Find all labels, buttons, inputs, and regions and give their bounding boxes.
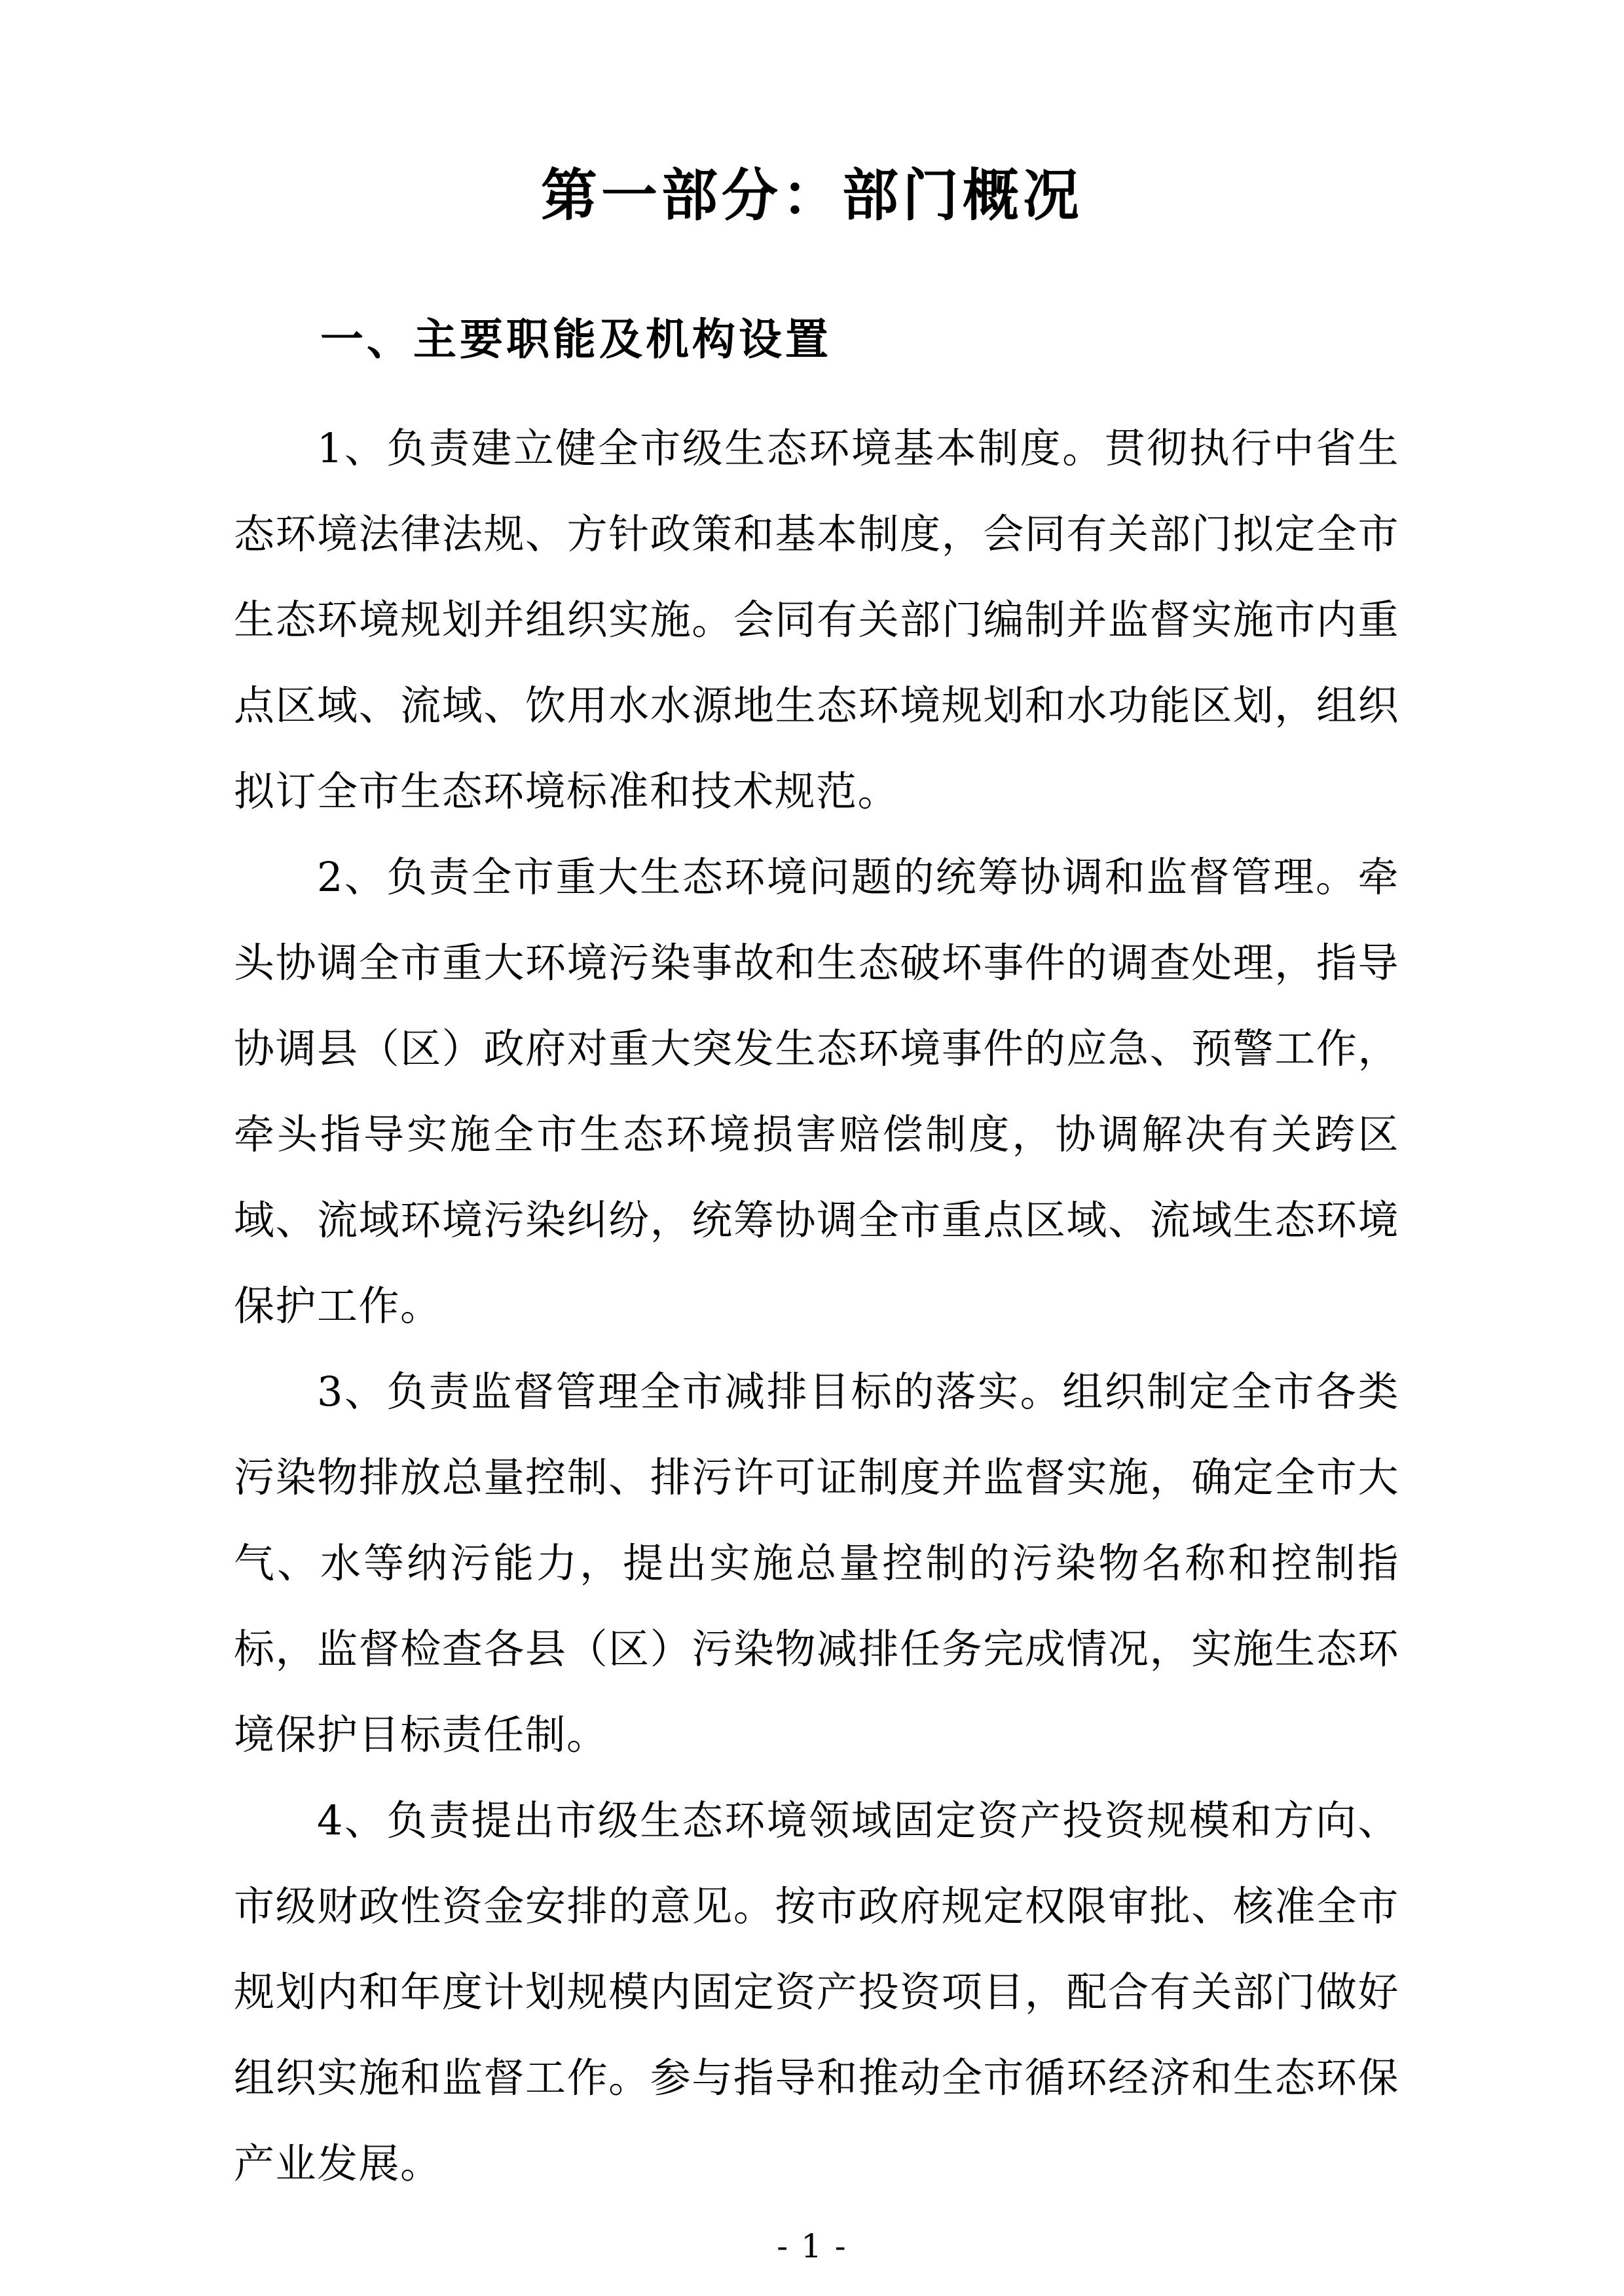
document-title: 第一部分：部门概况 <box>0 168 1624 224</box>
paragraph-duty-2: 2、负责全市重大生态环境问题的统筹协调和监督管理。牵头协调全市重大环境污染事故和… <box>234 834 1399 1349</box>
document-page: 第一部分：部门概况 一、主要职能及机构设置 1、负责建立健全市级生态环境基本制度… <box>0 0 1624 2296</box>
paragraph-duty-3: 3、负责监督管理全市减排目标的落实。组织制定全市各类污染物排放总量控制、排污许可… <box>234 1349 1399 1777</box>
page-number: - 1 - <box>0 2230 1624 2263</box>
section-heading: 一、主要职能及机构设置 <box>320 318 832 361</box>
paragraph-duty-4: 4、负责提出市级生态环境领域固定资产投资规模和方向、市级财政性资金安排的意见。按… <box>234 1777 1399 2206</box>
paragraph-duty-1: 1、负责建立健全市级生态环境基本制度。贯彻执行中省生态环境法律法规、方针政策和基… <box>234 405 1399 834</box>
body-text-block: 1、负责建立健全市级生态环境基本制度。贯彻执行中省生态环境法律法规、方针政策和基… <box>234 405 1399 2206</box>
